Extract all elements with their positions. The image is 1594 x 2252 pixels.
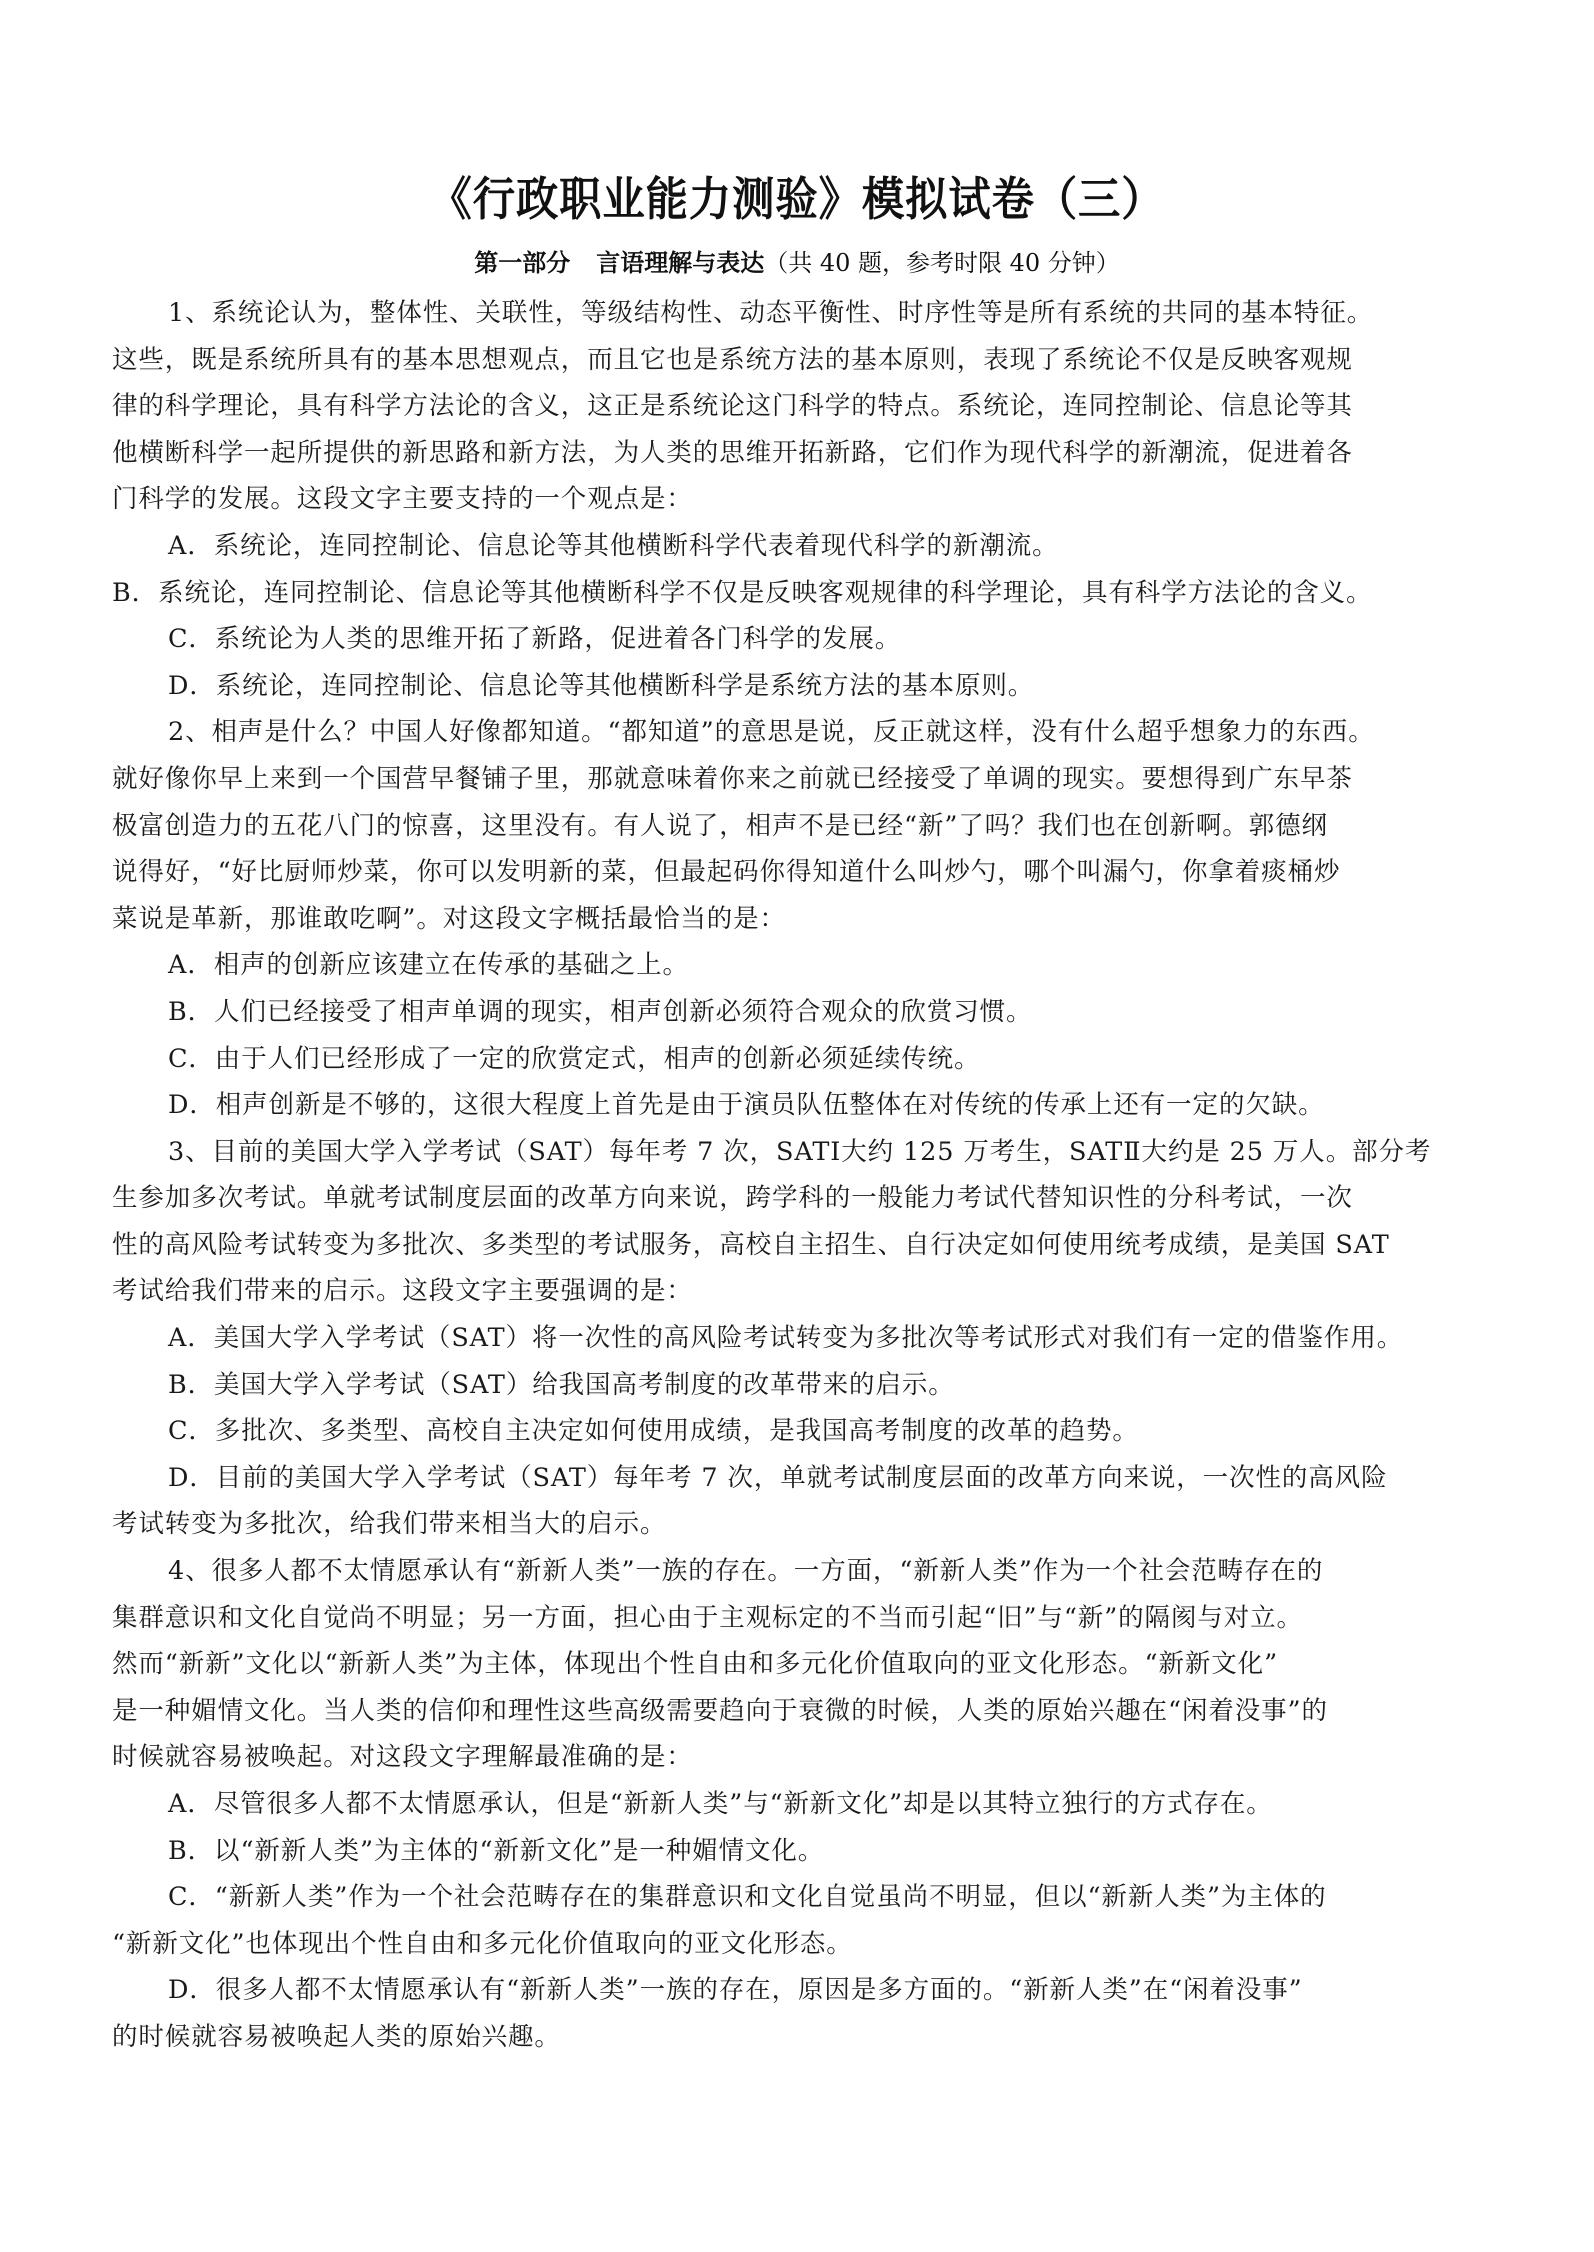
text-line: A．尽管很多人都不太情愿承认，但是“新新人类”与“新新文化”却是以其特立独行的方…	[112, 1781, 1482, 1828]
text-line: B．人们已经接受了相声单调的现实，相声创新必须符合观众的欣赏习惯。	[112, 989, 1482, 1036]
text-line: 4、很多人都不太情愿承认有“新新人类”一族的存在。一方面，“新新人类”作为一个社…	[112, 1548, 1482, 1595]
text-line: 这些，既是系统所具有的基本思想观点，而且它也是系统方法的基本原则，表现了系统论不…	[112, 337, 1482, 384]
text-line: 的时候就容易被唤起人类的原始兴趣。	[112, 2014, 1482, 2061]
text-line: C．“新新人类”作为一个社会范畴存在的集群意识和文化自觉虽尚不明显，但以“新新人…	[112, 1874, 1482, 1921]
text-line: 3、目前的美国大学入学考试（SAT）每年考 7 次，SATⅠ大约 125 万考生…	[112, 1129, 1482, 1176]
text-line: B．以“新新人类”为主体的“新新文化”是一种媚情文化。	[112, 1828, 1482, 1875]
text-line: 集群意识和文化自觉尚不明显；另一方面，担心由于主观标定的不当而引起“旧”与“新”…	[112, 1595, 1482, 1642]
text-line: 律的科学理论，具有科学方法论的含义，这正是系统论这门科学的特点。系统论，连同控制…	[112, 383, 1482, 430]
text-line: 然而“新新”文化以“新新人类”为主体，体现出个性自由和多元化价值取向的亚文化形态…	[112, 1641, 1482, 1688]
section-heading: 第一部分言语理解与表达（共 40 题，参考时限 40 分钟）	[0, 243, 1594, 278]
text-line: 时候就容易被唤起。对这段文字理解最准确的是：	[112, 1734, 1482, 1781]
text-line: 1、系统论认为，整体性、关联性，等级结构性、动态平衡性、时序性等是所有系统的共同…	[112, 290, 1482, 337]
page-title: 《行政职业能力测验》模拟试卷（三）	[64, 163, 1530, 229]
text-line: C．多批次、多类型、高校自主决定如何使用成绩，是我国高考制度的改革的趋势。	[112, 1408, 1482, 1455]
text-line: 说得好，“好比厨师炒菜，你可以发明新的菜，但最起码你得知道什么叫炒勺，哪个叫漏勺…	[112, 849, 1482, 896]
text-line: 就好像你早上来到一个国营早餐铺子里，那就意味着你来之前就已经接受了单调的现实。要…	[112, 756, 1482, 803]
text-line: D．目前的美国大学入学考试（SAT）每年考 7 次，单就考试制度层面的改革方向来…	[112, 1455, 1482, 1502]
text-line: 考试转变为多批次，给我们带来相当大的启示。	[112, 1501, 1482, 1548]
text-line: 考试给我们带来的启示。这段文字主要强调的是：	[112, 1268, 1482, 1315]
text-line: A．系统论，连同控制论、信息论等其他横断科学代表着现代科学的新潮流。	[112, 523, 1482, 570]
exam-page: 《行政职业能力测验》模拟试卷（三） 第一部分言语理解与表达（共 40 题，参考时…	[0, 0, 1594, 2252]
text-line: B．系统论，连同控制论、信息论等其他横断科学不仅是反映客观规律的科学理论，具有科…	[112, 570, 1482, 617]
section-label: 第一部分	[474, 249, 570, 277]
text-line: C．由于人们已经形成了一定的欣赏定式，相声的创新必须延续传统。	[112, 1036, 1482, 1083]
text-line: “新新文化”也体现出个性自由和多元化价值取向的亚文化形态。	[112, 1921, 1482, 1968]
text-line: D．相声创新是不够的，这很大程度上首先是由于演员队伍整体在对传统的传承上还有一定…	[112, 1082, 1482, 1129]
text-line: 门科学的发展。这段文字主要支持的一个观点是：	[112, 476, 1482, 523]
section-name: 言语理解与表达	[596, 249, 764, 277]
text-line: A．美国大学入学考试（SAT）将一次性的高风险考试转变为多批次等考试形式对我们有…	[112, 1315, 1482, 1362]
text-line: D．很多人都不太情愿承认有“新新人类”一族的存在，原因是多方面的。“新新人类”在…	[112, 1967, 1482, 2014]
text-line: C．系统论为人类的思维开拓了新路，促进着各门科学的发展。	[112, 616, 1482, 663]
text-line: 他横断科学一起所提供的新思路和新方法，为人类的思维开拓新路，它们作为现代科学的新…	[112, 430, 1482, 477]
text-line: 生参加多次考试。单就考试制度层面的改革方向来说，跨学科的一般能力考试代替知识性的…	[112, 1175, 1482, 1222]
text-line: 菜说是革新，那谁敢吃啊”。对这段文字概括最恰当的是：	[112, 896, 1482, 943]
section-note: （共 40 题，参考时限 40 分钟）	[764, 249, 1120, 277]
text-line: 2、相声是什么？中国人好像都知道。“都知道”的意思是说，反正就这样，没有什么超乎…	[112, 709, 1482, 756]
text-line: D．系统论，连同控制论、信息论等其他横断科学是系统方法的基本原则。	[112, 663, 1482, 710]
text-line: A．相声的创新应该建立在传承的基础之上。	[112, 942, 1482, 989]
text-line: 极富创造力的五花八门的惊喜，这里没有。有人说了，相声不是已经“新”了吗？我们也在…	[112, 803, 1482, 850]
question-body: 1、系统论认为，整体性、关联性，等级结构性、动态平衡性、时序性等是所有系统的共同…	[112, 290, 1482, 2061]
text-line: B．美国大学入学考试（SAT）给我国高考制度的改革带来的启示。	[112, 1362, 1482, 1409]
text-line: 性的高风险考试转变为多批次、多类型的考试服务，高校自主招生、自行决定如何使用统考…	[112, 1222, 1482, 1269]
text-line: 是一种媚情文化。当人类的信仰和理性这些高级需要趋向于衰微的时候，人类的原始兴趣在…	[112, 1688, 1482, 1735]
